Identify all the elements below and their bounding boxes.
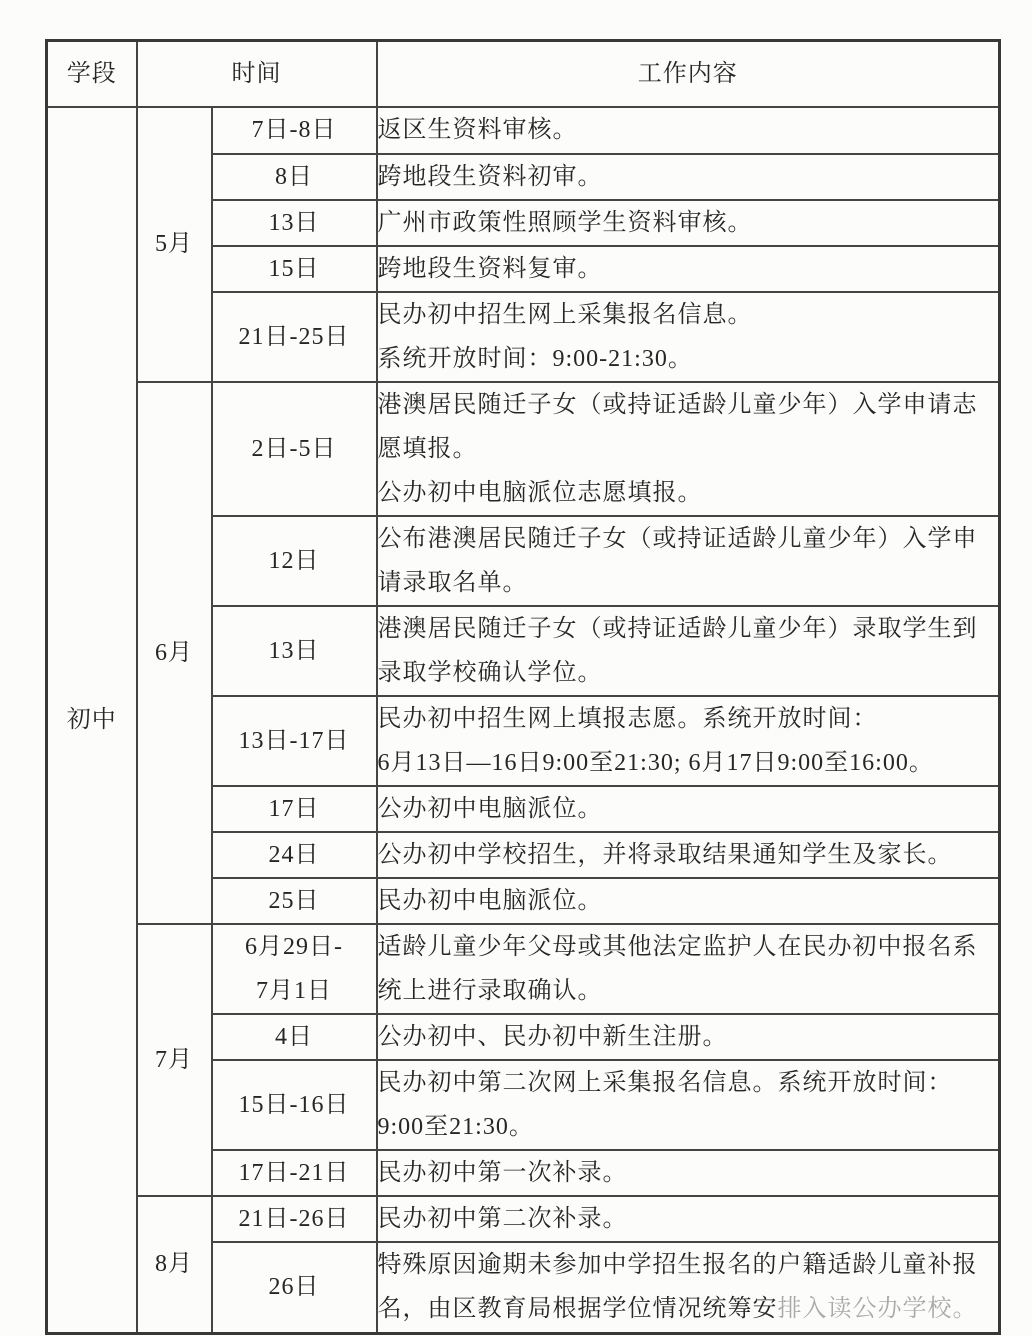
date-cell: 6月29日- 7月1日 <box>212 924 377 1014</box>
content-cell: 跨地段生资料初审。 <box>377 154 1000 200</box>
content-cell: 民办初中第一次补录。 <box>377 1150 1000 1196</box>
content-cell: 公布港澳居民随迁子女（或持证适龄儿童少年）入学申 请录取名单。 <box>377 516 1000 606</box>
date-cell: 13日 <box>212 200 377 246</box>
date-cell: 25日 <box>212 878 377 924</box>
table-row: 初中 5月 7日-8日 返区生资料审核。 <box>47 107 1000 154</box>
date-cell: 13日 <box>212 606 377 696</box>
faded-scan-text: 排入读公办学校。 <box>778 1296 978 1322</box>
date-cell: 4日 <box>212 1014 377 1060</box>
table-row: 7月 6月29日- 7月1日 适龄儿童少年父母或其他法定监护人在民办初中报名系 … <box>47 924 1000 1014</box>
content-cell: 适龄儿童少年父母或其他法定监护人在民办初中报名系 统上进行录取确认。 <box>377 924 1000 1014</box>
content-cell: 跨地段生资料复审。 <box>377 246 1000 292</box>
content-cell: 返区生资料审核。 <box>377 107 1000 154</box>
date-cell: 12日 <box>212 516 377 606</box>
month-cell-july: 7月 <box>137 924 212 1196</box>
header-row: 学段 时间 工作内容 <box>47 41 1000 107</box>
content-cell: 港澳居民随迁子女（或持证适龄儿童少年）入学申请志 愿填报。 公办初中电脑派位志愿… <box>377 382 1000 516</box>
stage-cell: 初中 <box>47 107 137 1334</box>
date-cell: 15日-16日 <box>212 1060 377 1150</box>
content-cell: 公办初中学校招生，并将录取结果通知学生及家长。 <box>377 832 1000 878</box>
content-cell: 民办初中第二次网上采集报名信息。系统开放时间： 9:00至21:30。 <box>377 1060 1000 1150</box>
date-cell: 17日 <box>212 786 377 832</box>
content-cell: 公办初中电脑派位。 <box>377 786 1000 832</box>
scanned-document-page: 学段 时间 工作内容 初中 5月 7日-8日 返区生资料审核。 8日 跨地段生资… <box>0 0 1032 1336</box>
date-cell: 13日-17日 <box>212 696 377 786</box>
content-cell: 民办初中招生网上填报志愿。系统开放时间： 6月13日—16日9:00至21:30… <box>377 696 1000 786</box>
header-cell-content: 工作内容 <box>377 41 1000 107</box>
date-cell: 17日-21日 <box>212 1150 377 1196</box>
date-cell: 26日 <box>212 1242 377 1334</box>
content-cell: 港澳居民随迁子女（或持证适龄儿童少年）录取学生到 录取学校确认学位。 <box>377 606 1000 696</box>
content-cell: 民办初中第二次补录。 <box>377 1196 1000 1242</box>
header-cell-time: 时间 <box>137 41 377 107</box>
date-cell: 2日-5日 <box>212 382 377 516</box>
month-cell-may: 5月 <box>137 107 212 382</box>
date-cell: 21日-25日 <box>212 292 377 382</box>
month-cell-june: 6月 <box>137 382 212 924</box>
content-cell: 民办初中电脑派位。 <box>377 878 1000 924</box>
date-cell: 7日-8日 <box>212 107 377 154</box>
content-cell: 特殊原因逾期未参加中学招生报名的户籍适龄儿童补报 名，由区教育局根据学位情况统筹… <box>377 1242 1000 1334</box>
table-row: 8月 21日-26日 民办初中第二次补录。 <box>47 1196 1000 1242</box>
date-cell: 15日 <box>212 246 377 292</box>
date-cell: 24日 <box>212 832 377 878</box>
schedule-table: 学段 时间 工作内容 初中 5月 7日-8日 返区生资料审核。 8日 跨地段生资… <box>45 39 1001 1335</box>
header-cell-stage: 学段 <box>47 41 137 107</box>
content-cell: 广州市政策性照顾学生资料审核。 <box>377 200 1000 246</box>
table-row: 6月 2日-5日 港澳居民随迁子女（或持证适龄儿童少年）入学申请志 愿填报。 公… <box>47 382 1000 516</box>
content-cell: 民办初中招生网上采集报名信息。 系统开放时间：9:00-21:30。 <box>377 292 1000 382</box>
month-cell-august: 8月 <box>137 1196 212 1334</box>
date-cell: 8日 <box>212 154 377 200</box>
date-cell: 21日-26日 <box>212 1196 377 1242</box>
content-cell: 公办初中、民办初中新生注册。 <box>377 1014 1000 1060</box>
